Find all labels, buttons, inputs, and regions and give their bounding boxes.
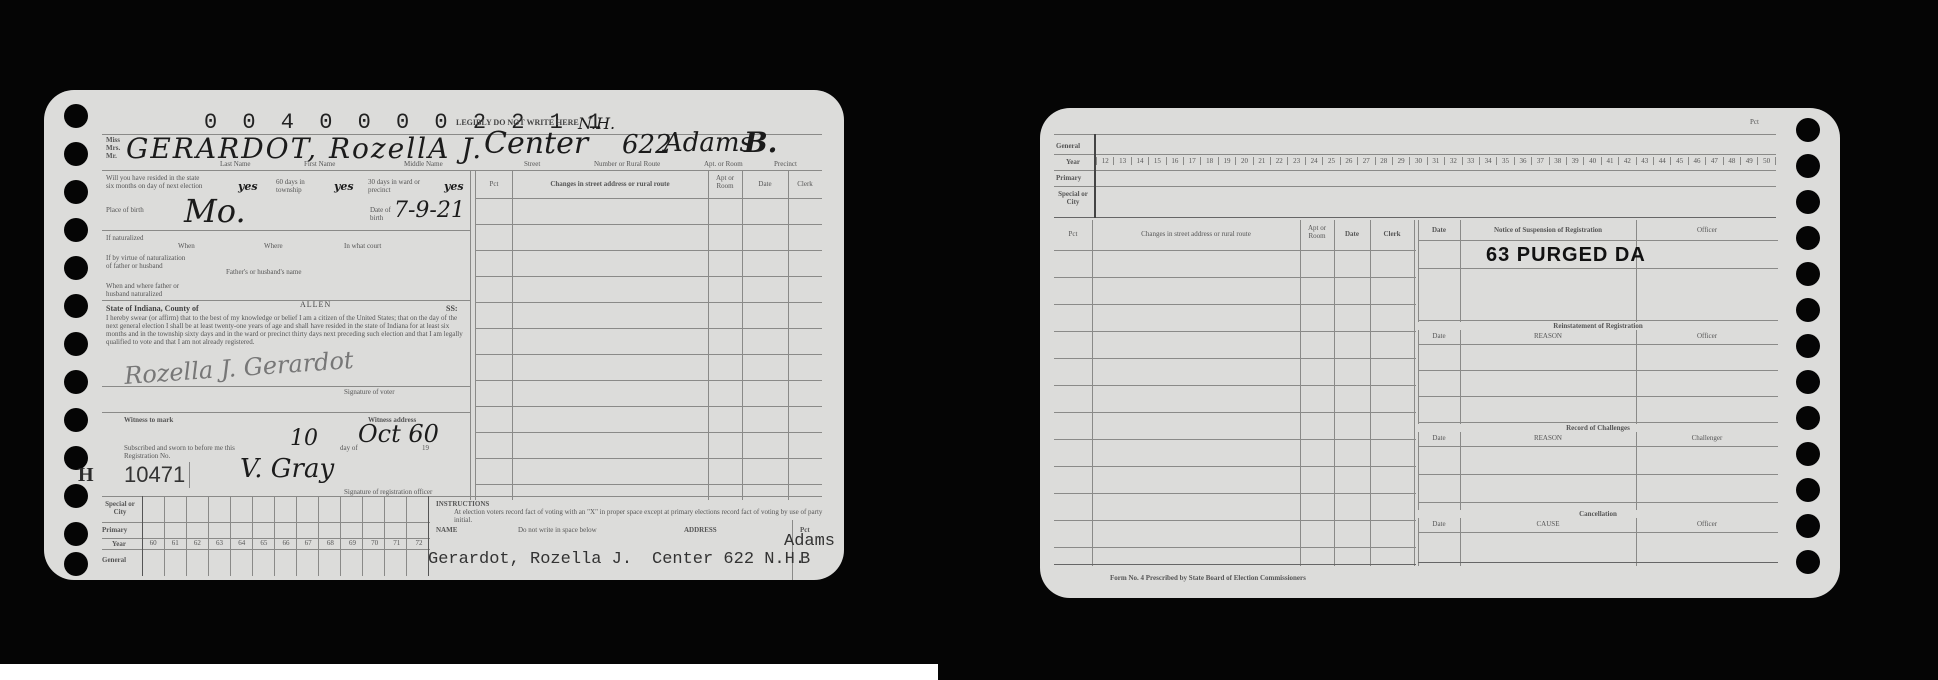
year-cell: 48 bbox=[1723, 157, 1740, 165]
year-cell: 28 bbox=[1375, 157, 1392, 165]
stub-typed-address: Center 622 N.H. bbox=[652, 550, 805, 569]
col-header-apt: Apt or Room bbox=[708, 174, 742, 190]
cancellation-title: Cancellation bbox=[1418, 510, 1778, 518]
year-cell: 13 bbox=[1113, 157, 1130, 165]
changes-table: Pct Changes in street address or rural r… bbox=[476, 170, 822, 500]
scan-edge-strip bbox=[0, 664, 938, 680]
punch-hole-icon bbox=[64, 484, 88, 508]
year-cell: 16 bbox=[1166, 157, 1183, 165]
year-cell: 47 bbox=[1705, 157, 1722, 165]
caption-middle-name: Middle Name bbox=[404, 160, 443, 168]
year-cell: 69 bbox=[341, 539, 363, 547]
year-cell: 25 bbox=[1322, 157, 1339, 165]
subscribed-day: 10 bbox=[290, 426, 318, 451]
year-cell: 33 bbox=[1462, 157, 1479, 165]
status-sections: Date Notice of Suspension of Registratio… bbox=[1418, 220, 1778, 566]
title-label-miss: Miss bbox=[106, 136, 120, 144]
officer-caption: Signature of registration officer bbox=[344, 488, 432, 496]
col-header-clerk: Clerk bbox=[788, 180, 822, 188]
year-cell: 38 bbox=[1549, 157, 1566, 165]
year-cell: 44 bbox=[1653, 157, 1670, 165]
col-header-clerk: Clerk bbox=[1370, 230, 1414, 238]
oath-ss: SS: bbox=[446, 304, 458, 313]
voter-signature: Rozella J. Gerardot bbox=[123, 346, 354, 390]
col-header-changes: Changes in street address or rural route bbox=[1092, 230, 1300, 238]
changes-table: Pct Changes in street address or rural r… bbox=[1054, 220, 1416, 566]
col-header-pct: Pct bbox=[1054, 230, 1092, 238]
top-corner-text: Pct bbox=[1750, 118, 1759, 126]
punch-hole-icon bbox=[64, 552, 88, 576]
punch-hole-icon bbox=[1796, 118, 1820, 142]
punch-hole-icon bbox=[1796, 514, 1820, 538]
answer-township: yes bbox=[334, 180, 354, 193]
question-state-residence: Will you have resided in the state six m… bbox=[106, 174, 206, 190]
naturalized-where-label: Where bbox=[264, 242, 283, 250]
cancellation-cause-header: CAUSE bbox=[1460, 520, 1636, 528]
row-label-special: Special or City bbox=[102, 500, 138, 516]
row-label-primary: Primary bbox=[1056, 174, 1081, 182]
stub-header-name: NAME bbox=[436, 526, 457, 534]
year-cell: 24 bbox=[1305, 157, 1322, 165]
punch-hole-icon bbox=[1796, 370, 1820, 394]
punch-hole-icon bbox=[64, 142, 88, 166]
year-cell: 70 bbox=[364, 539, 386, 547]
stub-header-no-write: Do not write in space below bbox=[518, 526, 597, 534]
father-husband-when-label: When and where father or husband natural… bbox=[106, 282, 196, 298]
instructions-title: INSTRUCTIONS bbox=[436, 500, 489, 508]
stub-typed-pct-line2: B bbox=[800, 550, 810, 569]
year-cell: 37 bbox=[1531, 157, 1548, 165]
col-header-apt: Apt or Room bbox=[1300, 224, 1334, 240]
challenges-reason-header: REASON bbox=[1460, 434, 1636, 442]
year-cell: 26 bbox=[1340, 157, 1357, 165]
cancellation-date-header: Date bbox=[1418, 520, 1460, 528]
punch-hole-icon bbox=[1796, 190, 1820, 214]
ward-code: H bbox=[78, 464, 94, 487]
punch-hole-icon bbox=[1796, 334, 1820, 358]
challenges-date-header: Date bbox=[1418, 434, 1460, 442]
suspension-officer-header: Officer bbox=[1636, 226, 1778, 234]
reinstatement-officer-header: Officer bbox=[1636, 332, 1778, 340]
year-cell: 67 bbox=[297, 539, 319, 547]
year-cell: 30 bbox=[1409, 157, 1426, 165]
title-label-mrs: Mrs. bbox=[106, 144, 120, 152]
year-cell: 31 bbox=[1427, 157, 1444, 165]
year-cell: 41 bbox=[1601, 157, 1618, 165]
challenges-title: Record of Challenges bbox=[1418, 424, 1778, 432]
year-cell: 39 bbox=[1566, 157, 1583, 165]
reinstatement-date-header: Date bbox=[1418, 332, 1460, 340]
col-header-date: Date bbox=[742, 180, 788, 188]
year-cell: 34 bbox=[1479, 157, 1496, 165]
stub-typed-pct-line1: Adams bbox=[784, 532, 835, 551]
cancellation-officer-header: Officer bbox=[1636, 520, 1778, 528]
voting-history-grid: Special or City Primary Year General 60 … bbox=[102, 496, 430, 576]
year-cell: 66 bbox=[275, 539, 297, 547]
stub-typed-name: Gerardot, Rozella J. bbox=[428, 550, 632, 569]
place-of-birth-value: Mo. bbox=[184, 192, 246, 230]
father-husband-label: If by virtue of naturalization of father… bbox=[106, 254, 186, 270]
year-cell: 49 bbox=[1740, 157, 1757, 165]
year-cell: 36 bbox=[1514, 157, 1531, 165]
voter-signature-caption: Signature of voter bbox=[344, 388, 395, 396]
year-cell: 19 bbox=[1218, 157, 1235, 165]
punch-hole-icon bbox=[64, 256, 88, 280]
street-annotation: N.H. bbox=[578, 114, 615, 133]
stub-header-address: ADDRESS bbox=[684, 526, 717, 534]
year-cell: 22 bbox=[1270, 157, 1287, 165]
caption-number: Number or Rural Route bbox=[594, 160, 660, 168]
punch-hole-icon bbox=[64, 294, 88, 318]
registration-card-back: Pct General Year Primary Special or City… bbox=[1040, 108, 1840, 598]
year-cell: 32 bbox=[1444, 157, 1461, 165]
year-cell: 35 bbox=[1496, 157, 1513, 165]
year-cell: 61 bbox=[164, 539, 186, 547]
year-prefix: 19 bbox=[422, 444, 429, 452]
day-of-label: day of bbox=[340, 444, 358, 452]
year-cell: 68 bbox=[319, 539, 341, 547]
punch-hole-icon bbox=[64, 218, 88, 242]
punch-hole-icon bbox=[1796, 154, 1820, 178]
officer-signature: V. Gray bbox=[240, 454, 334, 484]
year-cell: 63 bbox=[208, 539, 230, 547]
row-label-general: General bbox=[1056, 142, 1080, 150]
registration-no-label: Registration No. bbox=[124, 452, 170, 460]
year-cell: 18 bbox=[1200, 157, 1217, 165]
punch-hole-icon bbox=[64, 104, 88, 128]
suspension-date-header: Date bbox=[1418, 226, 1460, 234]
suspension-title: Notice of Suspension of Registration bbox=[1460, 226, 1636, 234]
year-cell: 65 bbox=[253, 539, 275, 547]
year-cell: 62 bbox=[186, 539, 208, 547]
street-handwritten: Center bbox=[484, 126, 588, 161]
voting-history-grid: General Year Primary Special or City 12 … bbox=[1054, 134, 1776, 218]
place-of-birth-label: Place of birth bbox=[106, 206, 146, 214]
year-cell: 12 bbox=[1096, 157, 1113, 165]
caption-apt: Apt. or Room bbox=[704, 160, 743, 168]
precinct-handwritten: B. bbox=[744, 126, 777, 159]
reinstatement-reason-header: REASON bbox=[1460, 332, 1636, 340]
year-cell: 45 bbox=[1670, 157, 1687, 165]
naturalized-when-label: When bbox=[178, 242, 195, 250]
caption-street: Street bbox=[524, 160, 540, 168]
form-footer: Form No. 4 Prescribed by State Board of … bbox=[1110, 574, 1306, 582]
date-of-birth-value: 7-9-21 bbox=[394, 198, 465, 223]
punch-hole-icon bbox=[1796, 298, 1820, 322]
oath-text: I hereby swear (or affirm) that to the b… bbox=[106, 314, 468, 346]
year-cell: 72 bbox=[408, 539, 430, 547]
answer-ward: yes bbox=[444, 180, 464, 193]
punch-hole-icon bbox=[64, 180, 88, 204]
reinstatement-title: Reinstatement of Registration bbox=[1418, 322, 1778, 330]
row-label-general: General bbox=[102, 556, 126, 564]
father-husband-name-label: Father's or husband's name bbox=[226, 268, 301, 276]
year-cell: 14 bbox=[1131, 157, 1148, 165]
col-header-date: Date bbox=[1334, 230, 1370, 238]
question-ward: 30 days in ward or precinct bbox=[368, 178, 428, 194]
oath-state-line: State of Indiana, County of bbox=[106, 304, 199, 313]
punch-hole-icon bbox=[1796, 550, 1820, 574]
punch-hole-icon bbox=[1796, 406, 1820, 430]
year-cell: 17 bbox=[1183, 157, 1200, 165]
subscribed-label: Subscribed and sworn to before me this bbox=[124, 444, 235, 452]
registration-card-front: 0 0 4 0 0 0 0 2 2 1 1 LEGIBLY DO NOT WRI… bbox=[44, 90, 844, 580]
year-row: 12 13 14 15 16 17 18 19 20 21 22 23 24 2… bbox=[1096, 157, 1776, 165]
purged-stamp: 63 PURGED DA bbox=[1486, 244, 1646, 267]
col-header-pct: Pct bbox=[476, 180, 512, 188]
registration-number: 10471 bbox=[124, 462, 190, 488]
year-cell: 23 bbox=[1287, 157, 1304, 165]
instructions-text: At election voters record fact of voting… bbox=[454, 508, 824, 524]
punch-hole-icon bbox=[1796, 262, 1820, 286]
oath-county: ALLEN bbox=[300, 300, 331, 309]
row-label-primary: Primary bbox=[102, 526, 127, 534]
naturalized-court-label: In what court bbox=[344, 242, 381, 250]
year-cell: 43 bbox=[1636, 157, 1653, 165]
naturalized-label: If naturalized bbox=[106, 234, 146, 242]
year-cell: 46 bbox=[1688, 157, 1705, 165]
year-cell: 21 bbox=[1253, 157, 1270, 165]
apt-handwritten: Adams bbox=[664, 128, 753, 158]
year-cell: 15 bbox=[1148, 157, 1165, 165]
punch-hole-icon bbox=[64, 370, 88, 394]
caption-first-name: First Name bbox=[304, 160, 335, 168]
year-cell: 27 bbox=[1357, 157, 1374, 165]
witness-label: Witness to mark bbox=[124, 416, 173, 424]
year-cell: 60 bbox=[142, 539, 164, 547]
challenges-challenger-header: Challenger bbox=[1636, 434, 1778, 442]
caption-precinct: Precinct bbox=[774, 160, 797, 168]
caption-last-name: Last Name bbox=[220, 160, 251, 168]
row-label-year: Year bbox=[112, 540, 126, 548]
year-cell: 20 bbox=[1235, 157, 1252, 165]
punch-hole-icon bbox=[64, 332, 88, 356]
punch-hole-icon bbox=[1796, 226, 1820, 250]
year-cell: 40 bbox=[1583, 157, 1600, 165]
punch-hole-icon bbox=[64, 522, 88, 546]
year-cell: 29 bbox=[1392, 157, 1409, 165]
row-label-year: Year bbox=[1066, 158, 1080, 166]
col-header-changes: Changes in street address or rural route bbox=[512, 180, 708, 188]
punch-hole-icon bbox=[1796, 478, 1820, 502]
year-cell: 50 bbox=[1757, 157, 1775, 165]
row-label-special: Special or City bbox=[1054, 190, 1092, 206]
title-label-mr: Mr. bbox=[106, 152, 117, 160]
question-township: 60 days in township bbox=[276, 178, 326, 194]
year-cell: 64 bbox=[231, 539, 253, 547]
punch-hole-icon bbox=[1796, 442, 1820, 466]
year-cell: 71 bbox=[386, 539, 408, 547]
year-cell: 42 bbox=[1618, 157, 1635, 165]
punch-hole-icon bbox=[64, 408, 88, 432]
